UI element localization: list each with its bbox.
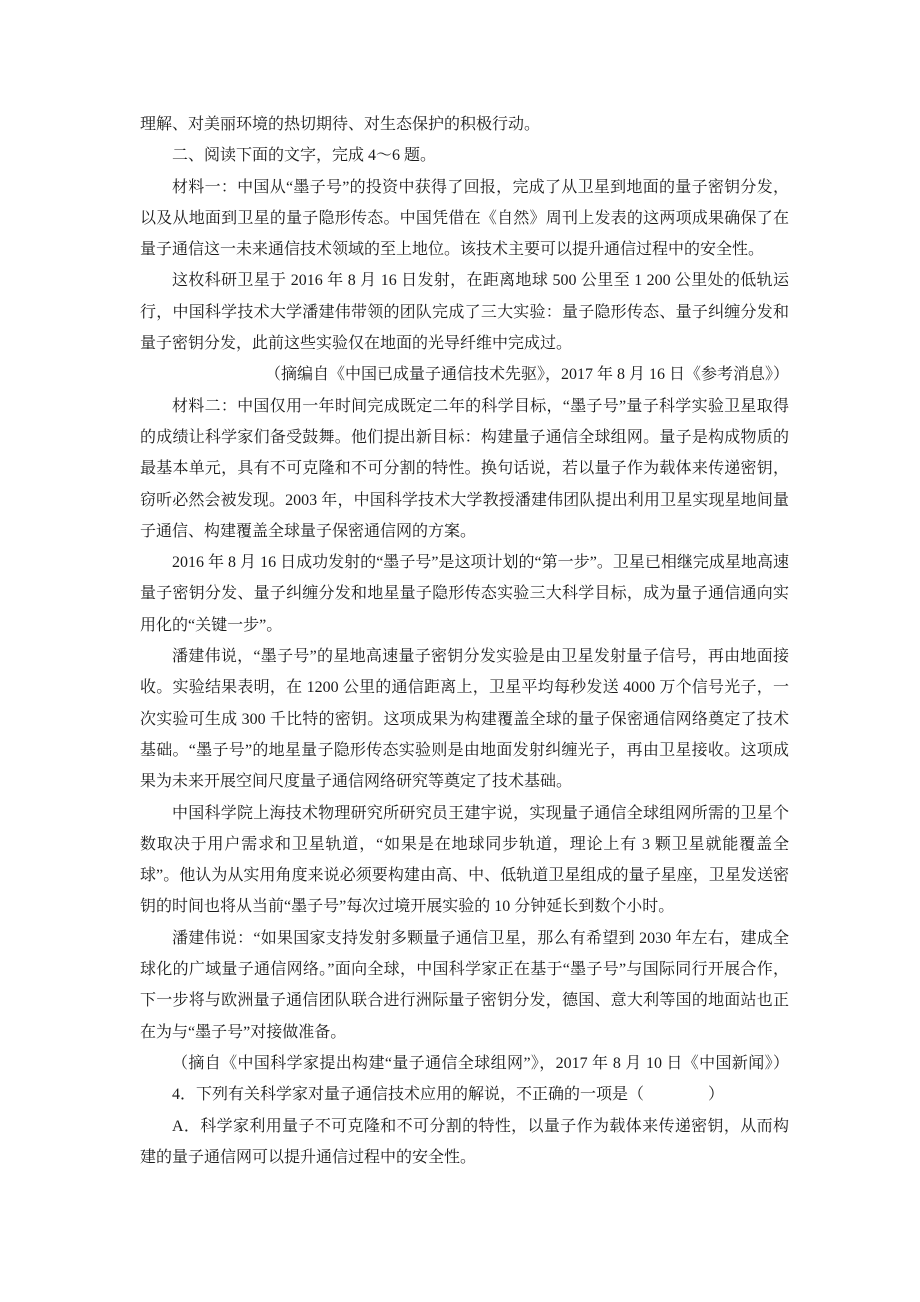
material-1-satellite-paragraph: 这枚科研卫星于 2016 年 8 月 16 日发射，在距离地球 500 公里至 … (140, 265, 789, 359)
material-2-experiments-paragraph: 潘建伟说，“墨子号”的星地高速量子密钥分发实验是由卫星发射量子信号，再由地面接收… (140, 641, 789, 797)
continuation-paragraph: 理解、对美丽环境的热切期待、对生态保护的积极行动。 (140, 109, 789, 140)
material-2-wang-jianyu-paragraph: 中国科学院上海技术物理研究所研究员王建宇说，实现量子通信全球组网所需的卫星个数取… (140, 798, 789, 923)
material-1-intro-paragraph: 材料一：中国从“墨子号”的投资中获得了回报，完成了从卫星到地面的量子密钥分发，以… (140, 172, 789, 266)
question-4-stem: 4．下列有关科学家对量子通信技术应用的解说，不正确的一项是（ ） (140, 1079, 789, 1110)
document-page: 理解、对美丽环境的热切期待、对生态保护的积极行动。 二、阅读下面的文字，完成 4… (0, 0, 920, 1302)
material-2-pan-jianwei-paragraph: 潘建伟说：“如果国家支持发射多颗量子通信卫星，那么有希望到 2030 年左右，建… (140, 923, 789, 1048)
material-1-source-citation: （摘编自《中国已成量子通信技术先驱》，2017 年 8 月 16 日《参考消息》… (140, 359, 789, 390)
section-2-heading: 二、阅读下面的文字，完成 4～6 题。 (140, 140, 789, 171)
material-2-source-citation: （摘自《中国科学家提出构建“量子通信全球组网”》，2017 年 8 月 10 日… (140, 1048, 789, 1079)
material-2-first-step-paragraph: 2016 年 8 月 16 日成功发射的“墨子号”是这项计划的“第一步”。卫星已… (140, 547, 789, 641)
material-2-intro-paragraph: 材料二：中国仅用一年时间完成既定二年的科学目标，“墨子号”量子科学实验卫星取得的… (140, 391, 789, 547)
question-4-option-a: A．科学家利用量子不可克隆和不可分割的特性，以量子作为载体来传递密钥，从而构建的… (140, 1111, 789, 1174)
